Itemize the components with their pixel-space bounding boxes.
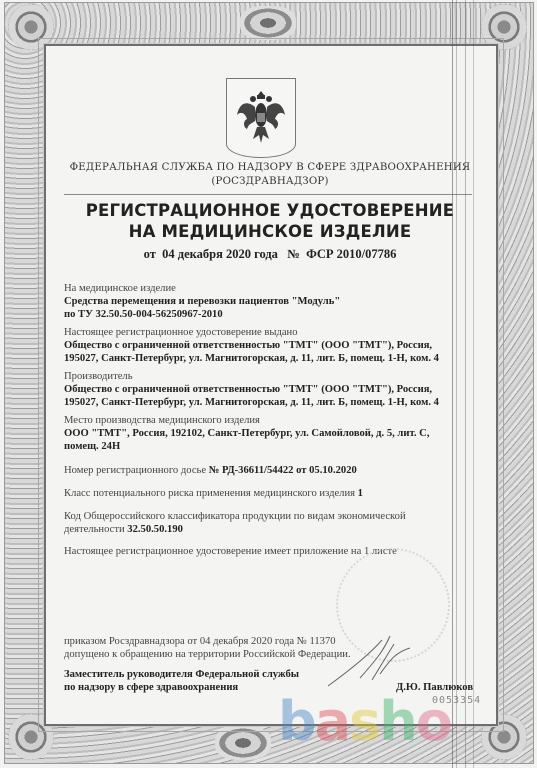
scan-artifact-line — [465, 0, 466, 768]
risk-class: Класс потенциального риска применения ме… — [64, 488, 363, 499]
scan-artifact-line — [473, 0, 474, 768]
divider — [64, 194, 472, 195]
okpd-code: деятельности 32.50.50.190 — [64, 524, 183, 535]
device-name: Средства перемещения и перевозки пациент… — [64, 296, 340, 307]
russian-double-headed-eagle-icon — [226, 78, 296, 158]
signatory-title-line2: по надзору в сфере здравоохранения — [64, 682, 238, 693]
top-center-ornament-icon — [240, 6, 296, 40]
issued-to-label: Настоящее регистрационное удостоверение … — [64, 327, 298, 338]
manufacturer-line1: Общество с ограниченной ответственностью… — [64, 384, 432, 395]
watermark-letter: s — [349, 690, 379, 753]
production-site-line1: ООО "ТМТ", Россия, 192102, Санкт-Петербу… — [64, 428, 429, 439]
appendix-note: Настоящее регистрационное удостоверение … — [64, 546, 397, 557]
manufacturer-line2: 195027, Санкт-Петербург, ул. Магнитогорс… — [64, 397, 439, 408]
manufacturer-label: Производитель — [64, 371, 133, 382]
signatory-title-line1: Заместитель руководителя Федеральной слу… — [64, 669, 299, 680]
scan-artifact-line — [452, 0, 453, 768]
certificate-page: ФЕДЕРАЛЬНАЯ СЛУЖБА ПО НАДЗОРУ В СФЕРЕ ЗД… — [0, 0, 537, 768]
document-title-line2: НА МЕДИЦИНСКОЕ ИЗДЕЛИЕ — [60, 222, 480, 241]
production-site-line2: помещ. 24Н — [64, 441, 120, 452]
device-spec: по ТУ 32.50.50-004-56250967-2010 — [64, 309, 223, 320]
watermark-letter: o — [416, 690, 451, 753]
agency-abbreviation: (РОСЗДРАВНАДЗОР) — [60, 176, 480, 187]
issued-to-line2: 195027, Санкт-Петербург, ул. Магнитогорс… — [64, 353, 439, 364]
bottom-center-ornament-icon — [215, 726, 271, 760]
production-site-label: Место производства медицинского изделия — [64, 415, 260, 426]
certificate-date-number: от 04 декабря 2020 года № ФСР 2010/07786 — [60, 247, 480, 262]
order-line2: допущено к обращению на территории Росси… — [64, 649, 351, 660]
okpd-code-label: Код Общероссийского классификатора проду… — [64, 511, 406, 522]
watermark-letter: b — [278, 690, 315, 753]
watermark-letter: h — [379, 690, 415, 753]
site-watermark: basho — [278, 690, 451, 753]
scan-artifact-line — [456, 0, 457, 768]
dossier-number: Номер регистрационного досье № РД-36611/… — [64, 465, 357, 476]
order-line1: приказом Росздравнадзора от 04 декабря 2… — [64, 636, 336, 647]
agency-name: ФЕДЕРАЛЬНАЯ СЛУЖБА ПО НАДЗОРУ В СФЕРЕ ЗД… — [60, 162, 480, 173]
issued-to-line1: Общество с ограниченной ответственностью… — [64, 340, 432, 351]
signature-icon — [320, 630, 430, 690]
document-title: РЕГИСТРАЦИОННОЕ УДОСТОВЕРЕНИЕ — [60, 201, 480, 220]
device-label: На медицинское изделие — [64, 283, 176, 294]
watermark-letter: a — [315, 690, 349, 753]
